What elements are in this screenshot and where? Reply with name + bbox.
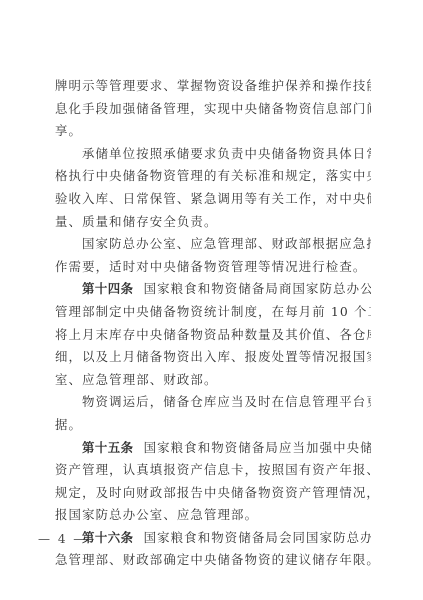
text-line: 急管理部、财政部确定中央储备物资的建议储存年限。因储存年 xyxy=(55,549,371,572)
text-span: 国家粮食和物资储备局商国家防总办公室、应急 xyxy=(144,281,371,296)
text-span: 国家粮食和物资储备局应当加强中央储备物资 xyxy=(144,440,371,455)
document-body: 牌明示等管理要求、掌握物资设备维护保养和操作技能，运用信 息化手段加强储备管理，… xyxy=(55,75,371,572)
text-line: 验收入库、日常保管、紧急调用等有关工作，对中央储备物资数 xyxy=(55,188,371,211)
text-line: 管理部制定中央储备物资统计制度，在每月前 10 个工作日内， xyxy=(55,301,371,324)
article-number: 第十五条 xyxy=(82,440,134,455)
page-number: — 4 — xyxy=(38,532,87,546)
article-15-heading-line: 第十五条国家粮食和物资储备局应当加强中央储备物资 xyxy=(55,437,371,460)
text-line: 牌明示等管理要求、掌握物资设备维护保养和操作技能，运用信 xyxy=(55,75,371,98)
text-line: 享。 xyxy=(55,120,371,143)
text-line: 细，以及上月储备物资出入库、报废处置等情况报国家防总办公 xyxy=(55,346,371,369)
text-line: 格执行中央储备物资管理的有关标准和规定，落实中央储备物资 xyxy=(55,165,371,188)
text-span: 国家粮食和物资储备局会同国家防总办公室、应 xyxy=(144,530,371,545)
text-line: 国家防总办公室、应急管理部、财政部根据应急抢险救灾工 xyxy=(55,233,371,256)
text-line: 报国家防总办公室、应急管理部。 xyxy=(55,504,371,527)
article-number: 第十六条 xyxy=(82,530,134,545)
text-line: 据。 xyxy=(55,414,371,437)
article-number: 第十四条 xyxy=(82,281,134,296)
text-line: 室、应急管理部、财政部。 xyxy=(55,369,371,392)
text-line: 物资调运后，储备仓库应当及时在信息管理平台更新报送数 xyxy=(55,391,371,414)
text-line: 量、质量和储存安全负责。 xyxy=(55,211,371,234)
text-line: 承储单位按照承储要求负责中央储备物资具体日常管理，严 xyxy=(55,143,371,166)
article-16-heading-line: 第十六条国家粮食和物资储备局会同国家防总办公室、应 xyxy=(55,527,371,550)
article-14-heading-line: 第十四条国家粮食和物资储备局商国家防总办公室、应急 xyxy=(55,278,371,301)
text-line: 将上月末库存中央储备物资品种数量及其价值、各仓库储备明 xyxy=(55,324,371,347)
text-line: 资产管理，认真填报资产信息卡，按照国有资产年报、月报有关 xyxy=(55,459,371,482)
text-line: 作需要，适时对中央储备物资管理等情况进行检查。 xyxy=(55,256,371,279)
text-line: 规定，及时向财政部报告中央储备物资资产管理情况，并及时通 xyxy=(55,482,371,505)
text-line: 息化手段加强储备管理，实现中央储备物资信息部门间共用共 xyxy=(55,98,371,121)
